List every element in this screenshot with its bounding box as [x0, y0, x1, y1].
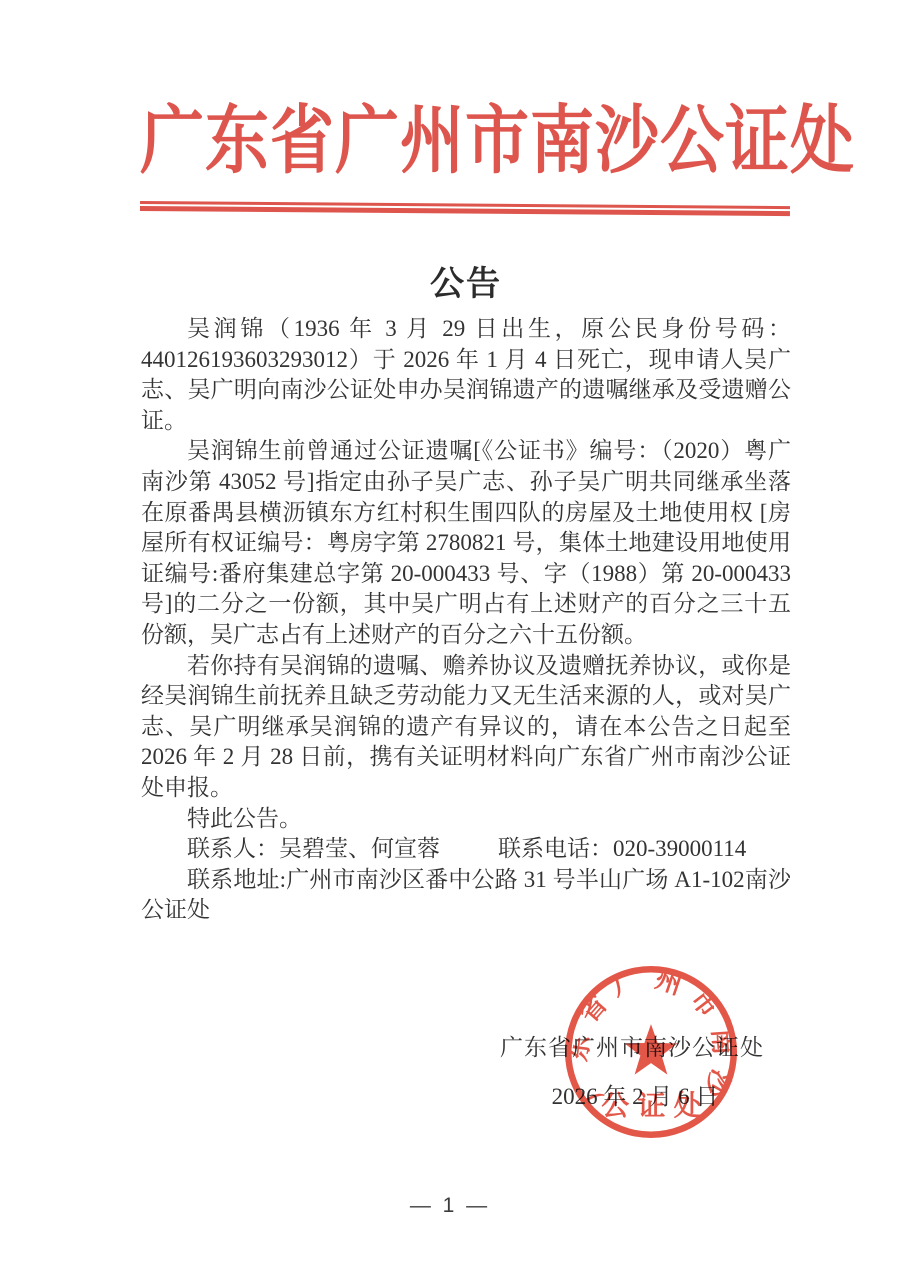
contact-person-label: 联系人：: [187, 836, 279, 861]
contact-phone-label: 联系电话：: [498, 836, 613, 861]
paragraph-closing: 特此公告。: [141, 804, 791, 835]
signature-organization: 广东省广州市南沙公证处: [500, 1033, 770, 1063]
contact-address-line: 联系地址:广州市南沙区番中公路 31 号半山广场 A1-102南沙公证处: [141, 865, 791, 926]
paragraph-decedent-info: 吴润锦（1936 年 3 月 29 日出生，原公民身份号码：4401261936…: [141, 314, 791, 436]
contact-address-label: 联系地址:: [187, 867, 286, 892]
paragraph-will-details: 吴润锦生前曾通过公证遗嘱[《公证书》编号：（2020）粤广南沙第 43052 号…: [141, 436, 791, 650]
signature-block: 广东省广州市南沙公证处 2026 年 2 月 6 日: [500, 1033, 770, 1112]
notice-body: 公告 吴润锦（1936 年 3 月 29 日出生，原公民身份号码：4401261…: [141, 256, 791, 926]
signature-date: 2026 年 2 月 6 日: [500, 1082, 770, 1112]
letterhead-title: 广东省广州市南沙公证处: [140, 86, 793, 196]
paragraph-objection-instructions: 若你持有吴润锦的遗嘱、赡养协议及遗赠抚养协议，或你是经吴润锦生前抚养且缺乏劳动能…: [141, 651, 791, 804]
contact-person-names: 吴碧莹、何宣蓉: [279, 836, 440, 861]
contact-persons-line: 联系人：吴碧莹、何宣蓉联系电话：020-39000114: [141, 834, 791, 865]
notarial-notice-page: 广东省广州市南沙公证处 公告 吴润锦（1936 年 3 月 29 日出生，原公民…: [0, 0, 900, 1273]
letterhead-divider-line: [140, 201, 790, 216]
notice-heading: 公告: [141, 256, 791, 305]
page-number: — 1 —: [0, 1194, 900, 1218]
contact-phone-number: 020-39000114: [613, 836, 746, 861]
